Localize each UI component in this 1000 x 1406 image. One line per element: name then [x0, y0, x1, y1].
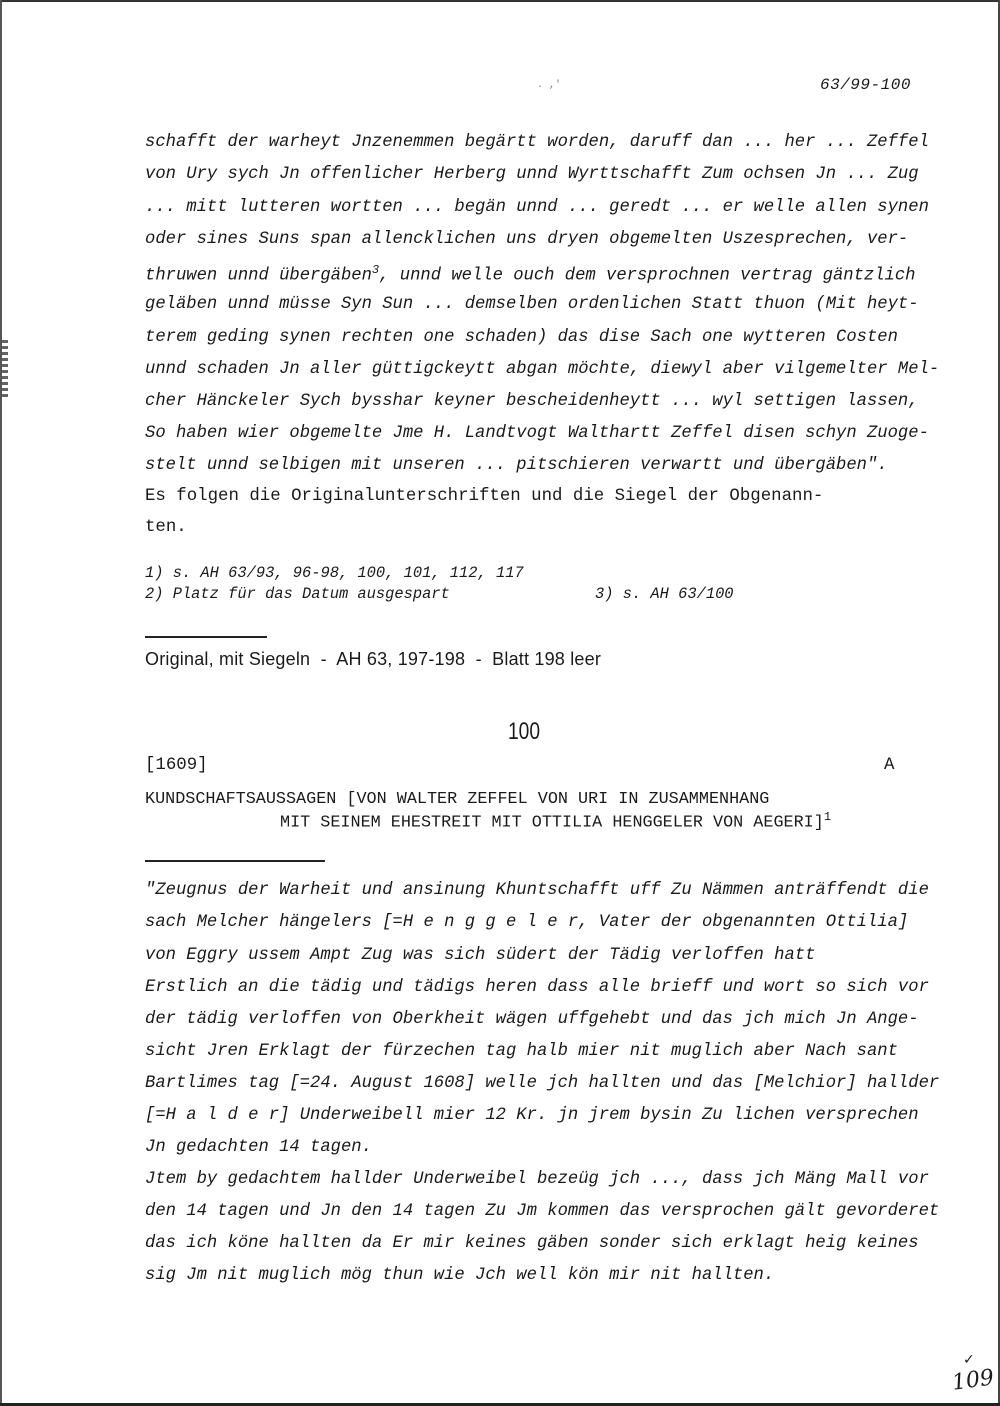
footnote-3: 3) s. AH 63/100 [595, 585, 734, 603]
document-number: 100 [508, 718, 540, 746]
text-line: Jtem by gedachtem hallder Underweibel be… [145, 1170, 929, 1189]
text-line: den 14 tagen und Jn den 14 tagen Zu Jm k… [145, 1202, 939, 1221]
text-fragment: thruwen unnd übergäben [145, 267, 372, 286]
divider [145, 860, 325, 862]
text-line: So haben wier obgemelte Jme H. Landtvogt… [145, 424, 929, 443]
scan-specks: . ,' [537, 80, 561, 91]
editorial-note: Es folgen die Originalunterschriften und… [145, 487, 823, 506]
text-line: thruwen unnd übergäben3, unnd welle ouch… [145, 263, 915, 286]
text-line: sig Jm nit muglich mög thun wie Jch well… [145, 1266, 774, 1285]
scan-artifact [2, 340, 8, 400]
document-title-line2: MIT SEINEM EHESTREIT MIT OTTILIA HENGGEL… [280, 810, 831, 833]
checkmark-icon: ✓ [963, 1352, 975, 1368]
text-line: geläben unnd müsse Syn Sun ... demselben… [145, 295, 919, 314]
title-text: MIT SEINEM EHESTREIT MIT OTTILIA HENGGEL… [280, 814, 824, 833]
page-edge-top [0, 0, 1000, 2]
text-line: von Eggry ussem Ampt Zug was sich südert… [145, 946, 815, 965]
handwritten-page-number: 109 [950, 1365, 995, 1396]
text-line: Bartlimes tag [=24. August 1608] welle j… [145, 1074, 939, 1093]
text-line: "Zeugnus der Warheit und ansinung Khunts… [145, 881, 929, 900]
page-edge-left [0, 0, 2, 1406]
text-line: [=H a l d e r] Underweibell mier 12 Kr. … [145, 1106, 919, 1125]
footnote-1: 1) s. AH 63/93, 96-98, 100, 101, 112, 11… [145, 564, 524, 582]
header-reference: 63/99-100 [820, 76, 911, 94]
text-line: sach Melcher hängelers [=H e n g g e l e… [145, 913, 908, 932]
document-label: A [884, 756, 894, 775]
document-date: [1609] [145, 756, 208, 775]
text-line: schafft der warheyt Jnzenemmen begärtt w… [145, 133, 929, 152]
text-fragment: , unnd welle ouch dem versprochnen vertr… [379, 267, 915, 286]
document-title-line1: KUNDSCHAFTSAUSSAGEN [VON WALTER ZEFFEL V… [145, 790, 769, 809]
text-line: oder sines Suns span allencklichen uns d… [145, 230, 908, 249]
text-line: das ich köne hallten da Er mir keines gä… [145, 1234, 919, 1253]
text-line: cher Hänckeler Sych bysshar keyner besch… [145, 392, 919, 411]
text-line: stelt unnd selbigen mit unseren ... pits… [145, 456, 888, 475]
text-line: der tädig verloffen von Oberkheit wägen … [145, 1010, 919, 1029]
text-line: Jn gedachten 14 tagen. [145, 1138, 372, 1157]
text-line: sicht Jren Erklagt der fürzechen tag hal… [145, 1042, 898, 1061]
text-line: von Ury sych Jn offenlicher Herberg unnd… [145, 165, 919, 184]
footnote-ref: 1 [824, 810, 831, 824]
text-line: terem geding synen rechten one schaden) … [145, 328, 898, 347]
footnote-2: 2) Platz für das Datum ausgespart [145, 585, 450, 603]
text-line: ... mitt lutteren wortten ... begän unnd… [145, 198, 929, 217]
text-line: unnd schaden Jn aller güttigckeytt abgan… [145, 360, 939, 379]
source-line: Original, mit Siegeln - AH 63, 197-198 -… [145, 649, 601, 670]
divider [145, 636, 267, 638]
text-line: Erstlich an die tädig und tädigs heren d… [145, 978, 929, 997]
editorial-note: ten. [145, 518, 187, 537]
